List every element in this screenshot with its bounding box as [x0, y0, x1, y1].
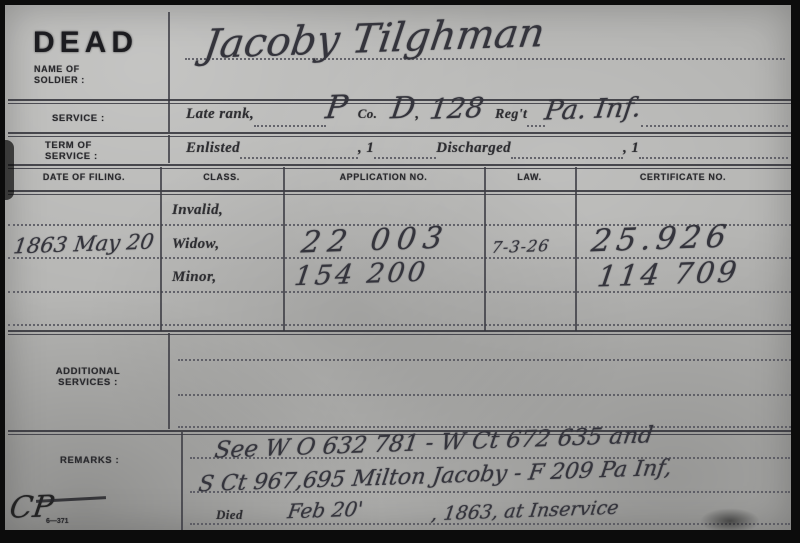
- table-col-line-2: [283, 167, 285, 331]
- section-rule-2: [8, 132, 791, 137]
- date-of-filing-handwritten: 1863 May 20: [12, 230, 156, 259]
- table-col-line-4: [575, 167, 577, 331]
- name-column-divider: [168, 12, 170, 102]
- scan-edge-smudge-left: [0, 140, 14, 200]
- co-label: Co.: [358, 106, 378, 122]
- rank-dotted-gap: [254, 124, 326, 127]
- regt-label: Reg't: [495, 107, 527, 123]
- scan-smudge-bottom-right: [700, 508, 760, 534]
- died-date-handwritten: Feb 20': [286, 497, 365, 524]
- law-value-handwritten: 7-3-26: [490, 236, 551, 257]
- minor-certificate-no-handwritten: 114 709: [595, 255, 742, 294]
- regiment-number-handwritten: 128: [427, 91, 485, 126]
- unit-value-handwritten: Pa. Inf.: [543, 92, 644, 126]
- widow-application-no-handwritten: 22 003: [299, 220, 452, 260]
- scanned-pension-card: DEAD NAME OF SOLDIER : Jacoby Tilghman S…: [0, 0, 800, 543]
- header-law: LAW.: [484, 172, 575, 182]
- enlisted-year-prefix: , 1: [358, 140, 374, 157]
- remarks-divider: [181, 432, 183, 530]
- discharged-year-prefix: , 1: [623, 140, 639, 157]
- additional-services-line-1: [178, 359, 791, 361]
- widow-certificate-no-handwritten: 25.926: [589, 219, 733, 260]
- header-certificate-no: CERTIFICATE NO.: [575, 172, 791, 182]
- service-dotted-tail: [641, 124, 788, 127]
- discharged-dotted-gap: [511, 156, 623, 159]
- company-value-handwritten: D: [389, 91, 418, 127]
- service-divider: [168, 102, 170, 132]
- rank-value-handwritten: P: [323, 88, 350, 127]
- term-dotted-tail: [639, 156, 788, 159]
- header-date-of-filing: DATE OF FILING.: [8, 172, 160, 182]
- table-header-rule: [8, 190, 791, 195]
- term-middle-dotted-gap: [374, 156, 436, 159]
- class-invalid-label: Invalid,: [172, 202, 223, 219]
- additional-services-line-2: [178, 394, 791, 396]
- service-comma: ,: [415, 106, 419, 123]
- table-col-line-1: [160, 167, 162, 331]
- late-rank-label: Late rank,: [186, 106, 254, 123]
- enlisted-dotted-gap: [240, 156, 358, 159]
- table-bottom-rule: [8, 330, 791, 335]
- header-application-no: APPLICATION NO.: [283, 172, 484, 182]
- minor-application-no-handwritten: 154 200: [292, 257, 430, 293]
- additional-services-divider: [168, 333, 170, 429]
- table-col-line-3: [484, 167, 486, 331]
- remarks-label: REMARKS :: [60, 455, 119, 466]
- dead-stamp: DEAD: [33, 26, 138, 60]
- term-of-service-label: TERM OF SERVICE :: [45, 140, 107, 162]
- term-divider: [168, 135, 170, 163]
- name-of-soldier-label: NAME OF SOLDIER :: [34, 64, 96, 86]
- enlisted-label: Enlisted: [186, 140, 240, 157]
- header-class: CLASS.: [160, 172, 283, 182]
- died-label: Died: [216, 507, 243, 523]
- class-widow-label: Widow,: [172, 236, 220, 253]
- minor-row-line: [8, 291, 791, 293]
- service-label: SERVICE :: [52, 113, 105, 124]
- section-rule-3: [8, 164, 791, 169]
- class-minor-label: Minor,: [172, 269, 217, 286]
- additional-services-label: ADDITIONAL SERVICES :: [42, 366, 134, 388]
- discharged-label: Discharged: [436, 140, 511, 157]
- empty-row-line: [8, 324, 791, 326]
- form-number: 6—371: [46, 518, 69, 525]
